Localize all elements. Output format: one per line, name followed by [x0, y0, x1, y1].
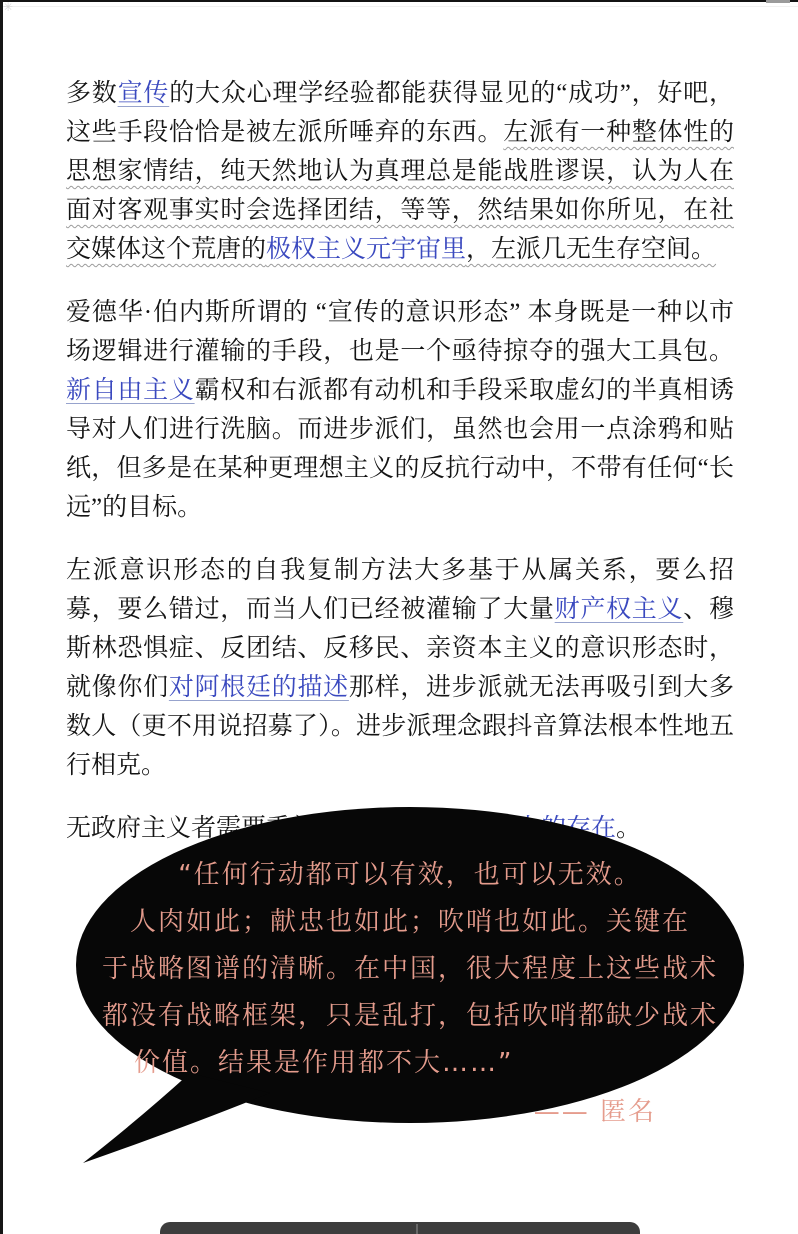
inline-link[interactable]: 财产权主义 [555, 596, 684, 623]
text-run: 无政府主义者需要重新构想你们 [66, 815, 416, 842]
inline-link[interactable]: 宣传 [118, 80, 170, 107]
bubble-quote-line: 都没有战略框架，只是乱打，包括吹哨都缺少战术 [102, 993, 718, 1040]
next-bubble-preview [160, 1222, 640, 1234]
article: 多数宣传的大众心理学经验都能获得显见的“成功”，好吧，这些手段恰恰是被左派所唾弃… [66, 74, 734, 872]
paragraph: 无政府主义者需要重新构想你们在互联网上的存在。 [66, 809, 734, 848]
document-page: ✳ 多数宣传的大众心理学经验都能获得显见的“成功”，好吧，这些手段恰恰是被左派所… [0, 0, 798, 1234]
top-right-notch [766, 0, 790, 3]
left-edge-strip [0, 0, 3, 1234]
bubble-quote-line: 人肉如此；献忠也如此；吹哨也如此。关键在 [130, 899, 690, 946]
inline-link[interactable]: 对阿根廷的描述 [169, 674, 349, 701]
inline-link[interactable]: 极权主义元宇宙里 [266, 236, 466, 263]
inline-link[interactable]: 新自由主义 [66, 377, 195, 404]
text-run: 爱德华·伯内斯所谓的 “宣传的意识形态” 本身既是一种以市场逻辑进行灌输的手段，… [66, 299, 734, 365]
top-hairline [0, 6, 798, 7]
text-run: 多数 [66, 80, 118, 107]
paragraph: 左派意识形态的自我复制方法大多基于从属关系，要么招募，要么错过，而当人们已经被灌… [66, 551, 734, 785]
top-border-line [0, 0, 798, 2]
paragraph: 爱德华·伯内斯所谓的 “宣传的意识形态” 本身既是一种以市场逻辑进行灌输的手段，… [66, 293, 734, 527]
bubble-quote-line: 于战略图谱的清晰。在中国，很大程度上这些战术 [102, 946, 718, 993]
paragraph: 多数宣传的大众心理学经验都能获得显见的“成功”，好吧，这些手段恰恰是被左派所唾弃… [66, 74, 734, 269]
bubble-quote-line: 价值。结果是作用都不大……” [134, 1040, 513, 1087]
bubble-attribution: —— 匿名 [534, 1089, 656, 1136]
inline-link[interactable]: 在互联网上的存在 [416, 815, 616, 842]
text-run: 。 [616, 815, 641, 842]
page-corner-glyph-icon: ✳ [3, 1, 13, 13]
next-bubble-seam [416, 1224, 418, 1234]
text-run: ，左派几无生存空间。 [466, 236, 716, 263]
speech-bubble-text: “任何行动都可以有效，也可以无效。人肉如此；献忠也如此；吹哨也如此。关键在于战略… [76, 852, 744, 1136]
speech-bubble-tail [83, 1073, 270, 1163]
